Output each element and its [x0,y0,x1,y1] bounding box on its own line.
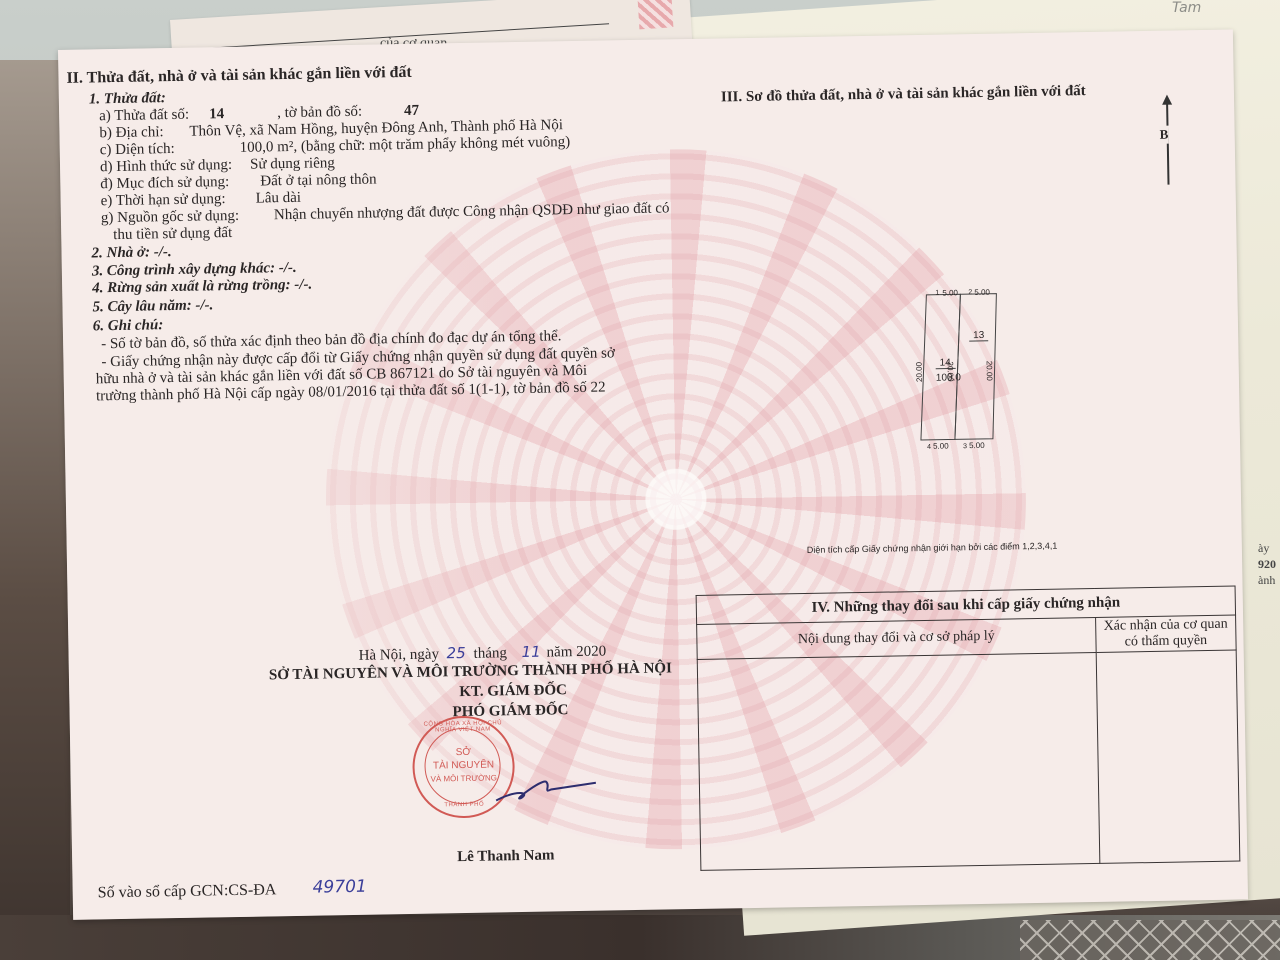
edge-snippet: ành [1258,572,1276,588]
dimension-right: 20.00 [980,361,998,381]
registry-number: 49701 [313,878,367,897]
notes-heading: 6. Ghi chú: [93,316,164,335]
dimension-top-right: 5.00 [974,284,990,302]
point-label: 4 [927,439,931,457]
handwritten-signature [491,771,602,813]
parcel-diagram [912,283,1025,455]
point-label: 3 [963,438,967,456]
registry-label: Số vào sổ cấp GCN:CS-ĐA [98,881,277,902]
changes-content-cell [697,652,1099,870]
signer-name: Lê Thanh Nam [457,846,555,866]
back-handwriting: Tam [1172,0,1201,16]
dimension-bottom-left: 5.00 [933,438,949,456]
map-sheet-number: 47 [404,102,419,120]
purpose-value: Đất ở tại nông thôn [260,170,377,190]
for-director: KT. GIÁM ĐỐC [459,681,567,701]
changes-confirm-cell [1096,650,1240,863]
point-label: 1 [935,285,939,303]
edge-text-snippets: ày 920 ành [1258,540,1276,588]
dimension-top-left: 5.00 [942,284,958,302]
parcel-number: 14 [209,105,224,123]
dimension-bottom-right: 5.00 [969,437,985,455]
month-label: tháng [473,644,507,663]
parcel-label: a) Thửa đất số: [99,106,189,126]
edge-snippet: ày [1258,540,1276,556]
changes-table: IV. Những thay đổi sau khi cấp giấy chứn… [696,586,1241,871]
issue-month: 11 [521,643,540,661]
neighbor-parcel-number: 13 [973,327,984,345]
edge-snippet: 920 [1258,556,1276,572]
term-value: Lâu dài [255,189,301,208]
issue-day: 25 [446,644,465,662]
origin-value-cont: thu tiền sử dụng đất [113,224,232,244]
planted-forest-row: 4. Rừng sản xuất là rừng trồng: -/-. [92,276,312,298]
background-left [0,60,70,960]
col-header-line: có thẩm quyền [1097,633,1234,651]
point-label: 2 [968,284,972,302]
col-header-line: Xác nhận của cơ quan [1097,617,1234,635]
house-row: 2. Nhà ở: -/-. [91,243,171,262]
issue-date-prefix: Hà Nội, ngày [358,645,439,664]
background-tile [1020,920,1280,960]
changes-col-confirmation: Xác nhận của cơ quan có thẩm quyền [1095,615,1236,652]
seal-ring-text: CỘNG HÒA XÃ HỘI CHỦ NGHĨA VIỆT NAM [414,720,512,734]
north-label: B [1159,126,1168,144]
parcel-area-label: 100.0 [936,369,961,387]
corner-ornament [637,0,673,29]
land-use-certificate: II. Thửa đất, nhà ở và tài sản khác gắn … [58,29,1248,919]
perennial-trees-row: 5. Cây lâu năm: -/-. [92,296,213,316]
dimension-left: 20.00 [911,362,929,382]
issue-year: năm 2020 [546,643,606,662]
